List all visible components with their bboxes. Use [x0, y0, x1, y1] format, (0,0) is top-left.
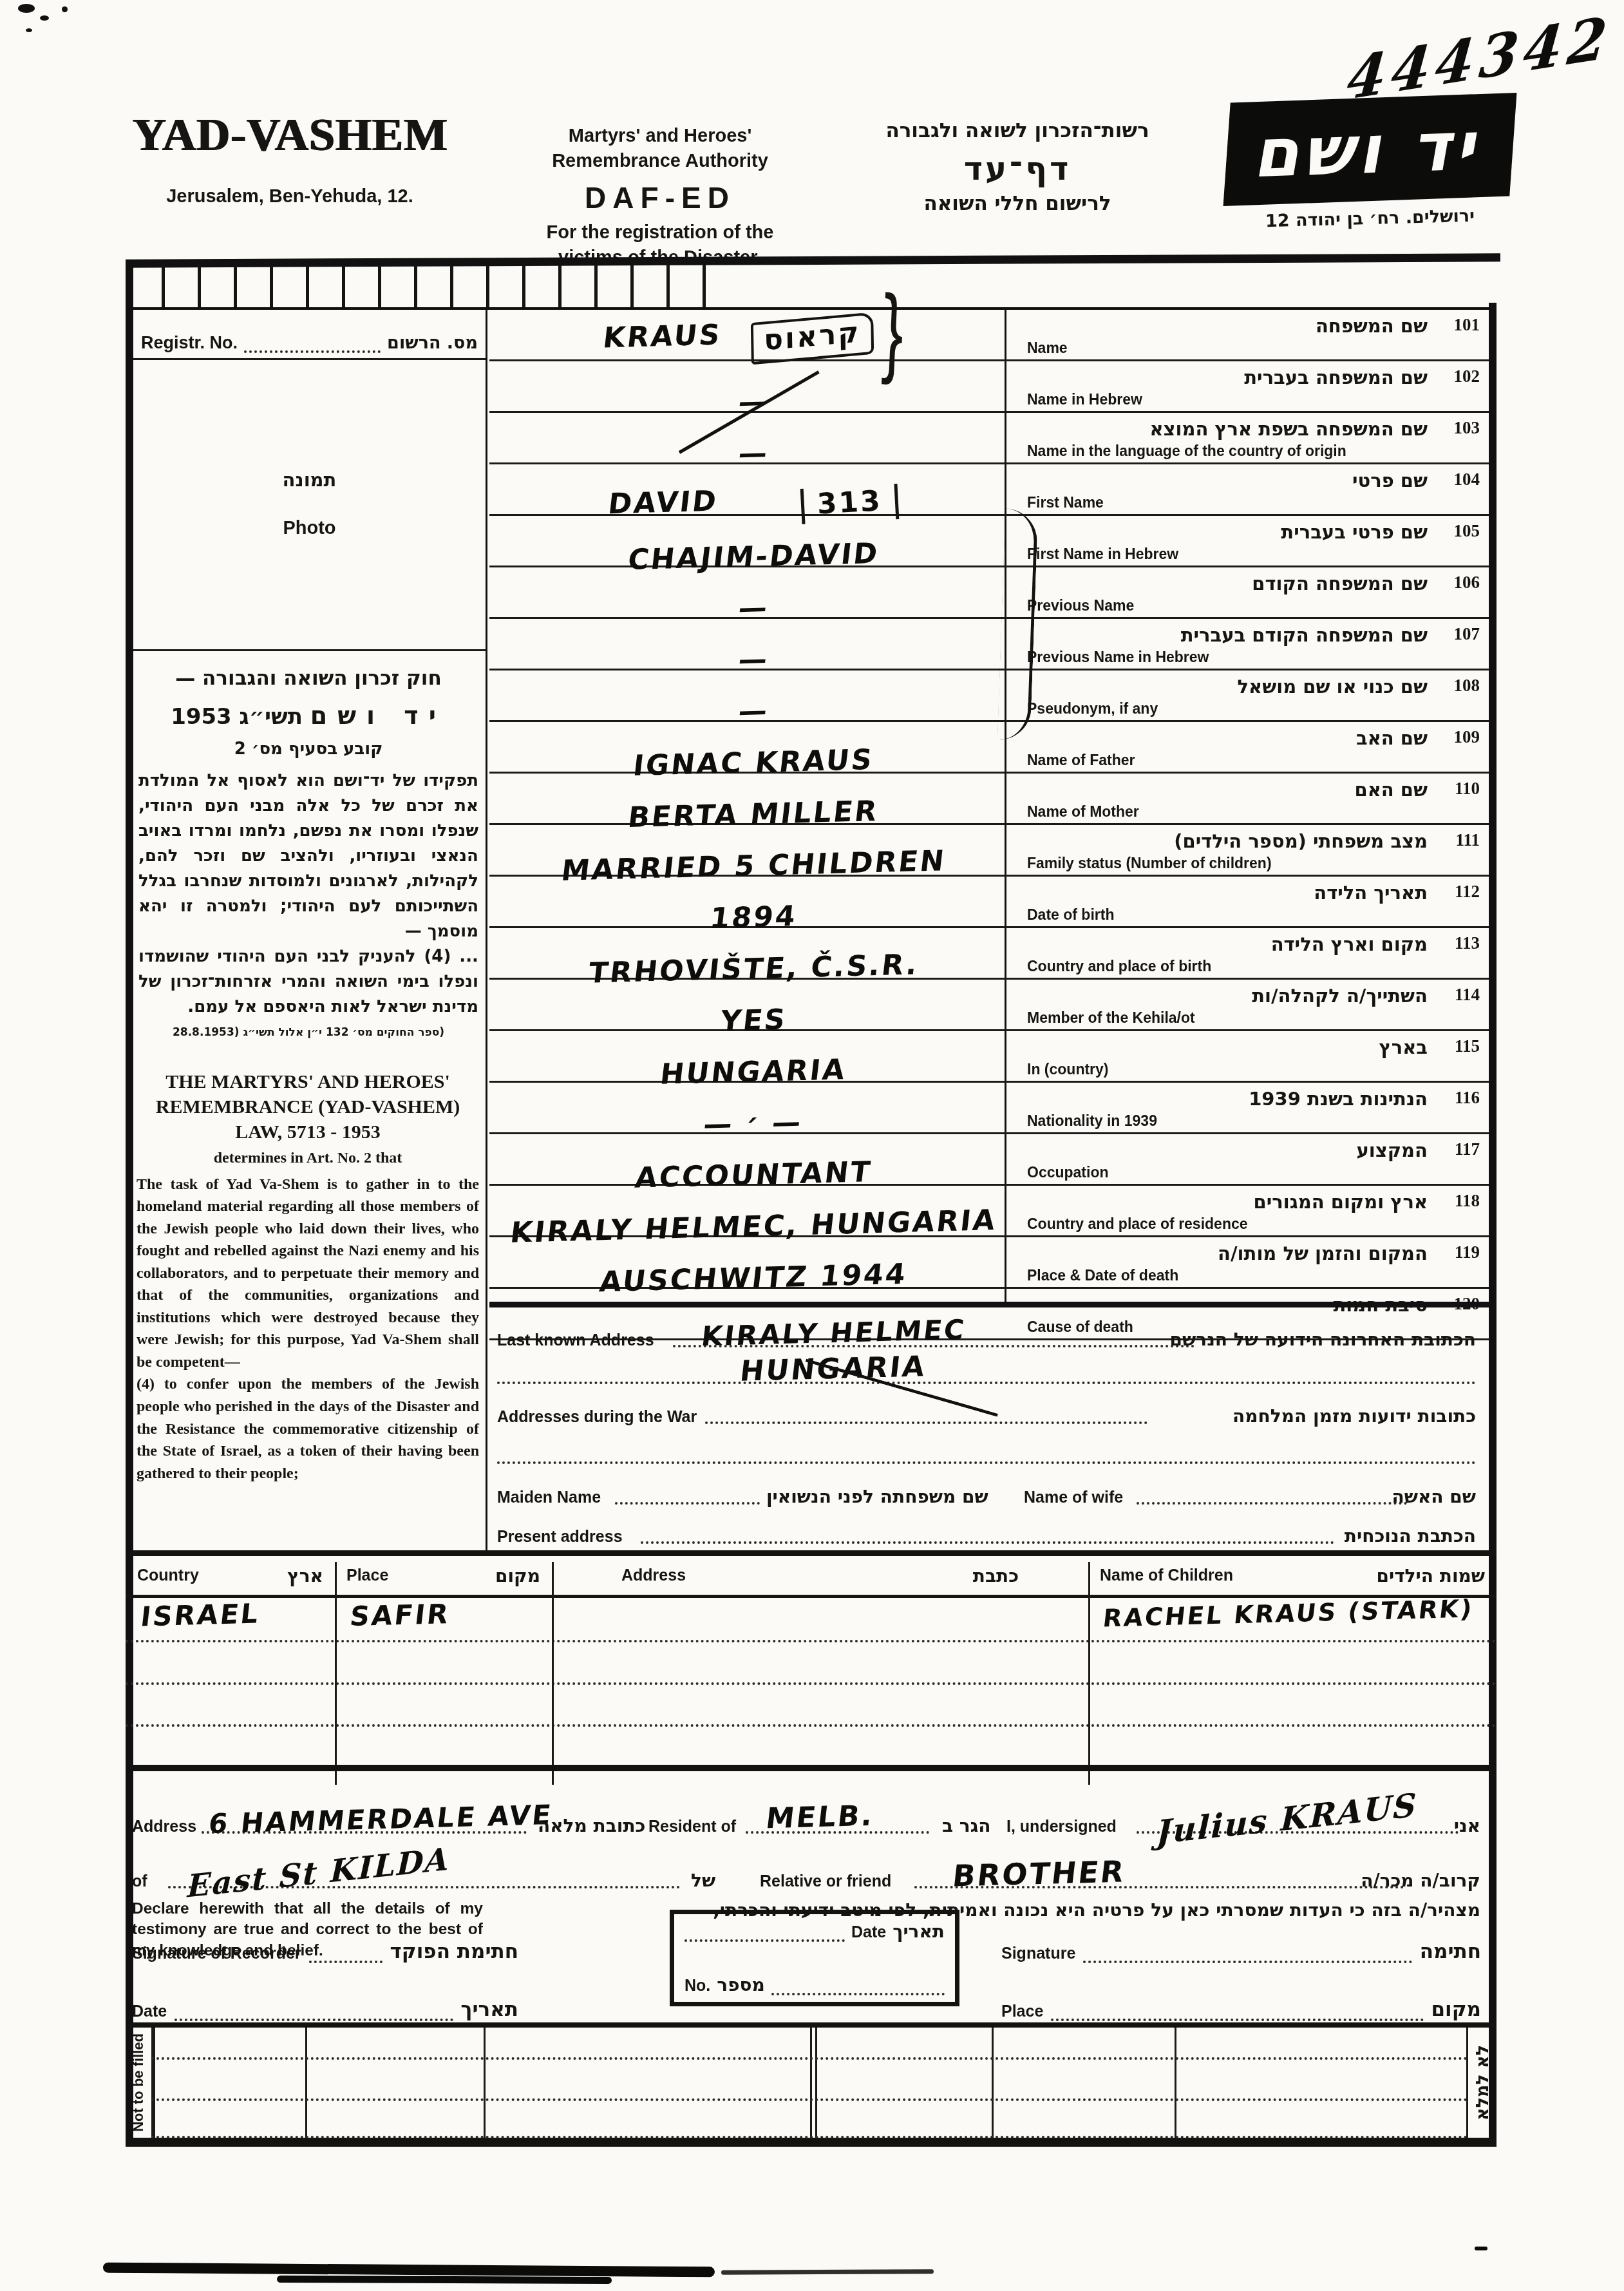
war-addresses-label: Addresses during the War	[497, 1408, 697, 1427]
last-known-address-row: Last known Address KIRALY HELMEC הכתובת …	[489, 1314, 1489, 1351]
field-row-109: IGNAC KRAUSשם האב109Name of Father	[489, 722, 1489, 774]
field-label-hebrew: שם המשפחה	[1316, 315, 1428, 337]
law-body-hebrew: תפקידו של יד־ושם הוא לאסוף אל המולדת את …	[138, 768, 478, 944]
grid-cell[interactable]	[153, 2028, 305, 2138]
signature-of-recorder-line[interactable]	[309, 1945, 382, 1963]
scan-speck	[18, 4, 35, 13]
children-cell-children[interactable]: RACHEL KRAUS (STARK)	[1088, 1598, 1497, 1640]
field-label-english: First Name in Hebrew	[1027, 546, 1178, 562]
grid-double-line	[815, 2028, 817, 2138]
present-address-row: Present address הכתבת הנוכחית	[489, 1517, 1489, 1548]
grid-dotted-row	[151, 2057, 1468, 2060]
field-number: 118	[1455, 1191, 1480, 1211]
field-number: 101	[1454, 315, 1480, 335]
field-label-english: Occupation	[1027, 1165, 1109, 1180]
field-number: 108	[1454, 676, 1480, 696]
photo-box: תמונה Photo	[133, 358, 486, 651]
photo-label: Photo	[283, 518, 335, 539]
field-label-hebrew: שם כנוי או שם מושאל	[1238, 676, 1428, 698]
signature-line[interactable]	[1083, 1945, 1412, 1963]
logo-black-box: יד ושם	[1223, 93, 1517, 206]
box-date-label: Date	[851, 1923, 886, 1942]
grid-cell[interactable]	[1175, 2028, 1466, 2138]
field-number: 106	[1454, 573, 1480, 593]
field-row-113: TRHOVIŠTE, Č.S.R.מקום וארץ הלידה113Count…	[489, 928, 1489, 980]
field-label-hebrew: שם פרטי	[1352, 470, 1428, 491]
field-number: 102	[1454, 366, 1480, 386]
logo-hebrew-text: יד ושם	[1250, 106, 1489, 193]
field-row-108: —שם כנוי או שם מושאל108Pseudonym, if any	[489, 670, 1489, 722]
name-of-wife-line[interactable]	[1137, 1502, 1407, 1505]
header-country: Country ארץ	[126, 1565, 335, 1586]
field-label-hebrew: שם פרטי בעברית	[1281, 521, 1428, 543]
field-label-hebrew: המקום והזמן של מותו/ה	[1218, 1242, 1428, 1264]
field-label-english: Name	[1027, 340, 1068, 356]
column-line	[1088, 1562, 1090, 1785]
registr-no-label: Registr. No.	[141, 333, 238, 353]
children-table-row	[126, 1685, 1497, 1727]
fields-rows: KRAUSקראוס}שם המשפחה101Name—שם המשפחה בע…	[489, 310, 1489, 1340]
children-table: Country ארץ Place מקום Address כתבת Name…	[126, 1550, 1497, 1785]
field-label-english: In (country)	[1027, 1061, 1109, 1077]
last-known-address-row2: HUNGARIA	[489, 1351, 1489, 1387]
children-cell-value: SAFIR	[348, 1598, 452, 1632]
maiden-name-label-hebrew: שם משפחתה לפני הנשואין	[766, 1486, 988, 1507]
signature-of-recorder-label-hebrew: חתימת הפוקד	[390, 1940, 518, 1963]
scan-speck	[26, 28, 32, 32]
law-item-hebrew: ... (4) להעניק לבני העם היהודי שהושמדו ו…	[138, 944, 478, 1020]
header-address: Address כתבת	[552, 1565, 1088, 1586]
undersigned-label-hebrew: אני	[1454, 1815, 1480, 1836]
of-value: East St KILDA	[187, 1841, 451, 1905]
children-cell-country[interactable]	[126, 1727, 335, 1767]
field-label-english: Nationality in 1939	[1027, 1113, 1157, 1128]
war-addresses-label-hebrew: כתובות ידועות מזמן המלחמה	[1232, 1405, 1476, 1427]
field-label-english: Name in Hebrew	[1027, 392, 1142, 407]
field-label-english: Date of birth	[1027, 907, 1114, 922]
hebrew-header-line: רשות־הזכרון לשואה ולגבורה	[850, 117, 1185, 145]
field-label-hebrew: המקצוע	[1357, 1139, 1428, 1161]
signature-of-recorder-row: Signature of Recorder חתימת הפוקד	[132, 1940, 518, 1963]
children-cell-place[interactable]: SAFIR	[335, 1598, 552, 1640]
last-known-address-label: Last known Address	[497, 1331, 654, 1350]
field-label-english: Name in the language of the country of o…	[1027, 443, 1346, 459]
field-row-105: CHAJIM-DAVIDשם פרטי בעברית105First Name …	[489, 516, 1489, 567]
field-label-english: Previous Name	[1027, 598, 1134, 613]
children-cell-country[interactable]: ISRAEL	[126, 1598, 335, 1640]
field-label-hebrew: שם האב	[1356, 727, 1428, 749]
field-label-hebrew: מצב משפחתי (מספר הילדים)	[1174, 830, 1428, 852]
field-number: 104	[1454, 470, 1480, 490]
field-label-english: Previous Name in Hebrew	[1027, 649, 1209, 665]
field-label-english: Family status (Number of children)	[1027, 855, 1272, 871]
field-number: 115	[1455, 1036, 1480, 1056]
photo-label-hebrew: תמונה	[283, 469, 337, 491]
undersigned-label: I, undersigned	[1006, 1818, 1117, 1836]
declaration-section: Address 6 HAMMERDALE AVE כתובת מלאה Resi…	[126, 1765, 1497, 2029]
field-row-107: —שם המשפחה הקודם בעברית107Previous Name …	[489, 619, 1489, 670]
relative-or-friend-label-hebrew: קרוב/ה מכר/ה	[1361, 1870, 1480, 1891]
children-cell-value: ISRAEL	[139, 1598, 261, 1633]
place-label: Place	[1001, 2002, 1043, 2021]
scan-smudge	[103, 2263, 715, 2277]
children-cell-country[interactable]	[126, 1685, 335, 1724]
war-addresses-row2	[489, 1433, 1489, 1467]
field-label-hebrew: מקום וארץ הלידה	[1271, 933, 1428, 955]
authority-line: Remembrance Authority	[512, 149, 808, 174]
children-table-row	[126, 1642, 1497, 1685]
date-row: Date תאריך	[132, 1998, 518, 2021]
field-label-hebrew: השתייך/ה לקהלה/ות	[1252, 985, 1428, 1007]
law-subtitle-english: determines in Art. No. 2 that	[137, 1147, 479, 1170]
place-line[interactable]	[1051, 2003, 1423, 2021]
column-line	[335, 1562, 337, 1785]
field-row-116: — ׳ —הנתינות בשנת 1939116Nationality in …	[489, 1083, 1489, 1134]
box-no-label-hebrew: מספר	[717, 1974, 765, 1995]
undersigned-signature: Julius KRAUS	[1156, 1785, 1418, 1851]
resident-of-label-hebrew: הגר ב	[942, 1815, 990, 1836]
law-subtitle-hebrew: קובע בסעיף מס׳ 2	[138, 737, 478, 762]
law-title2-hebrew: יד ושם תשי״ג 1953	[138, 698, 478, 734]
authority-line: Martyrs' and Heroes'	[512, 124, 808, 149]
not-to-be-filled-label-hebrew: לא למלא	[1466, 2028, 1497, 2138]
brand-title: YAD-VASHEM	[97, 108, 483, 162]
field-row-117: ACCOUNTANTהמקצוע117Occupation	[489, 1134, 1489, 1186]
children-cell-place[interactable]	[335, 1685, 552, 1724]
field-number: 119	[1455, 1242, 1480, 1262]
field-row-110: BERTA MILLERשם האם110Name of Mother	[489, 774, 1489, 825]
field-number: 110	[1455, 779, 1480, 799]
box-date-line[interactable]	[685, 1925, 845, 1942]
not-to-be-filled-label: Not to be filled	[126, 2028, 153, 2138]
grid-cell[interactable]	[305, 2028, 484, 2138]
logo-address: ירושלים. רח׳ בן יהודה 12	[1227, 205, 1514, 233]
field-number: 105	[1454, 521, 1480, 541]
children-table-row: ISRAELSAFIRRACHEL KRAUS (STARK)	[126, 1598, 1497, 1642]
brand-block: YAD-VASHEM Jerusalem, Ben-Yehuda, 12.	[97, 108, 483, 207]
field-number: 117	[1455, 1139, 1480, 1159]
signature-row: Signature חתימה	[1001, 1940, 1481, 1963]
box-no-label: No.	[685, 1977, 710, 1995]
children-cell-place[interactable]	[335, 1642, 552, 1682]
children-cell-children[interactable]	[1088, 1685, 1497, 1724]
address-section-top-rule	[489, 1302, 1489, 1307]
date-label-hebrew: תאריך	[461, 1998, 518, 2021]
address-line[interactable]	[497, 1382, 1476, 1384]
children-cell-address[interactable]	[552, 1642, 1088, 1682]
children-cell-address[interactable]	[552, 1685, 1088, 1724]
column-line	[552, 1562, 554, 1785]
children-cell-value: RACHEL KRAUS (STARK)	[1102, 1595, 1475, 1633]
grid-cell[interactable]	[484, 2028, 810, 2138]
law-title-english: THE MARTYRS' AND HEROES' REMEMBRANCE (YA…	[137, 1069, 479, 1145]
registration-number-row: Registr. No. מס. הרשום	[133, 310, 486, 360]
daf-ed-title: DAF-ED	[512, 180, 808, 215]
hebrew-header-block: רשות־הזכרון לשואה ולגבורה דף־עד לרישום ח…	[850, 117, 1185, 218]
field-number: 113	[1455, 933, 1480, 953]
brand-address: Jerusalem, Ben-Yehuda, 12.	[97, 186, 483, 207]
present-address-label: Present address	[497, 1528, 623, 1546]
field-label-hebrew: ארץ ומקום המגורים	[1254, 1191, 1428, 1213]
law-item-english: (4) to confer upon the members of the Je…	[137, 1373, 479, 1485]
english-law-text: THE MARTYRS' AND HEROES' REMEMBRANCE (YA…	[137, 1069, 479, 1485]
box-date-row: Date תאריך	[685, 1921, 945, 1942]
signature-of-recorder-label: Signature of Recorder	[132, 1944, 301, 1963]
children-table-body: ISRAELSAFIRRACHEL KRAUS (STARK)	[126, 1598, 1497, 1769]
place-row: Place מקום	[1001, 1998, 1481, 2021]
field-row-111: MARRIED 5 CHILDRENמצב משפחתי (מספר הילדי…	[489, 825, 1489, 877]
field-number: 114	[1455, 985, 1480, 1005]
address-label: Address	[132, 1818, 196, 1836]
grid-dotted-row	[151, 2136, 1468, 2138]
field-number: 109	[1454, 727, 1480, 747]
field-label-hebrew: שם המשפחה בעברית	[1244, 366, 1428, 388]
field-number: 103	[1454, 418, 1480, 438]
field-label-hebrew: שם המשפחה הקודם בעברית	[1181, 624, 1428, 646]
date-number-box: Date תאריך No. מספר	[670, 1910, 959, 2006]
box-date-label-hebrew: תאריך	[892, 1921, 945, 1942]
present-address-line[interactable]	[641, 1541, 1334, 1544]
address-line[interactable]	[497, 1461, 1476, 1464]
field-label-hebrew: שם האם	[1354, 779, 1428, 801]
place-label-hebrew: מקום	[1431, 1998, 1482, 2021]
children-cell-country[interactable]	[126, 1642, 335, 1682]
scan-speck	[40, 15, 49, 21]
maiden-name-row: Maiden Name שם משפחתה לפני הנשואין Name …	[489, 1475, 1489, 1508]
field-label-english: Member of the Kehila/ot	[1027, 1010, 1195, 1025]
resident-of-label: Resident of	[648, 1818, 736, 1836]
law-body-english: The task of Yad Va-Shem is to gather in …	[137, 1174, 479, 1374]
field-row-103: —שם המשפחה בשפת ארץ המוצא103Name in the …	[489, 413, 1489, 464]
field-row-112: 1894תאריך הלידה112Date of birth	[489, 877, 1489, 928]
field-label-english: Name of Father	[1027, 752, 1135, 768]
daf-ed-testimony-form: 444342 YAD-VASHEM Jerusalem, Ben-Yehuda,…	[0, 0, 1624, 2291]
date-label: Date	[132, 2002, 167, 2021]
name-of-wife-label: Name of wife	[1024, 1488, 1123, 1507]
field-label-hebrew: תאריך הלידה	[1314, 882, 1428, 904]
field-row-104: DAVID313שם פרטי104First Name	[489, 464, 1489, 516]
name-of-wife-label-hebrew: שם האשה	[1392, 1486, 1476, 1507]
field-label-english: Country and place of residence	[1027, 1216, 1248, 1231]
field-label-hebrew: בארץ	[1379, 1036, 1428, 1058]
children-cell-place[interactable]	[335, 1727, 552, 1767]
field-number: 111	[1455, 830, 1480, 850]
last-known-address-label-hebrew: הכתובת האחרונה הידועה של הנרשם	[1170, 1329, 1476, 1350]
header-children: Name of Children שמות הילדים	[1088, 1565, 1497, 1586]
authority-line: For the registration of the	[512, 220, 808, 245]
scan-smudge	[721, 2269, 934, 2275]
scan-speck	[62, 6, 68, 12]
signature-label-hebrew: חתימה	[1420, 1940, 1481, 1963]
hebrew-header-line: לרישום חללי השואה	[850, 190, 1185, 218]
children-cell-address[interactable]	[552, 1727, 1088, 1767]
field-row-101: KRAUSקראוס}שם המשפחה101Name	[489, 310, 1489, 361]
field-number: 107	[1454, 624, 1480, 644]
box-no-row: No. מספר	[685, 1974, 945, 1995]
registr-no-label-hebrew: מס. הרשום	[387, 333, 478, 353]
field-row-115: HUNGARIAבארץ115In (country)	[489, 1031, 1489, 1083]
hebrew-daf-ed-title: דף־עד	[850, 150, 1185, 187]
grid-cell[interactable]	[992, 2028, 1175, 2138]
declaration-statement-hebrew: מצהיר/ה בזה כי העדות שמסרתי כאן על פרטיה…	[512, 1897, 1480, 1923]
registr-no-line[interactable]	[244, 331, 381, 353]
children-cell-children[interactable]	[1088, 1642, 1497, 1682]
children-cell-children[interactable]	[1088, 1727, 1497, 1767]
field-label-english: First Name	[1027, 495, 1104, 510]
maiden-name-label: Maiden Name	[497, 1488, 601, 1507]
children-cell-address[interactable]	[552, 1598, 1088, 1640]
field-label-hebrew: שם המשפחה הקודם	[1252, 573, 1428, 594]
relative-or-friend-value: BROTHER	[950, 1854, 1127, 1894]
address-label-hebrew: כתובת מלאה	[538, 1815, 645, 1836]
field-entry-value: KRAUSקראוס}	[502, 296, 1005, 367]
field-label-english: Name of Mother	[1027, 804, 1139, 819]
authority-block: Martyrs' and Heroes' Remembrance Authori…	[512, 124, 808, 271]
children-table-header: Country ארץ Place מקום Address כתבת Name…	[126, 1556, 1497, 1598]
hebrew-law-text: חוק זכרון השואה והגבורה — יד ושם תשי״ג 1…	[138, 663, 478, 1041]
relative-or-friend-label: Relative or friend	[760, 1872, 891, 1891]
children-table-row	[126, 1727, 1497, 1769]
field-number: 116	[1455, 1088, 1480, 1108]
field-row-114: YESהשתייך/ה לקהלה/ות114Member of the Keh…	[489, 980, 1489, 1031]
field-row-102: —שם המשפחה בעברית102Name in Hebrew	[489, 361, 1489, 413]
field-row-119: AUSCHWITZ 1944המקום והזמן של מותו/ה119Pl…	[489, 1237, 1489, 1289]
of-label: of	[132, 1872, 147, 1891]
date-line[interactable]	[175, 2003, 453, 2021]
of-label-hebrew: של	[691, 1870, 715, 1891]
field-label-english: Pseudonym, if any	[1027, 701, 1158, 716]
law-title-hebrew: חוק זכרון השואה והגבורה —	[138, 663, 478, 694]
present-address-label-hebrew: הכתבת הנוכחית	[1345, 1525, 1476, 1546]
declaration-line1: Address 6 HAMMERDALE AVE כתובת מלאה Resi…	[126, 1787, 1497, 1839]
grid-cell[interactable]	[810, 2028, 992, 2138]
yad-vashem-logo: יד ושם ירושלים. רח׳ בן יהודה 12	[1227, 98, 1513, 229]
field-label-english: Place & Date of death	[1027, 1268, 1178, 1283]
field-number: 112	[1455, 882, 1480, 902]
scan-smudge	[277, 2276, 612, 2284]
field-row-118: KIRALY HELMEC, HUNGARIAארץ ומקום המגורים…	[489, 1186, 1489, 1237]
field-annotation: קראוס	[751, 312, 874, 365]
scan-smudge	[1475, 2247, 1487, 2250]
field-label-english: Country and place of birth	[1027, 958, 1211, 974]
declaration-line2: of East St KILDA של Relative or friend B…	[126, 1845, 1497, 1894]
left-column-divider	[486, 310, 487, 1550]
signature-label: Signature	[1001, 1944, 1075, 1963]
grid-dotted-row	[151, 2098, 1468, 2101]
field-row-106: —שם המשפחה הקודם106Previous Name	[489, 567, 1489, 619]
resident-of-value: MELB.	[764, 1800, 876, 1835]
field-label-hebrew: שם המשפחה בשפת ארץ המוצא	[1149, 418, 1428, 440]
office-use-grid: Not to be filled לא למלא	[126, 2022, 1497, 2147]
box-no-line[interactable]	[771, 1979, 945, 1995]
field-label-hebrew: הנתינות בשנת 1939	[1249, 1088, 1428, 1110]
header-place: Place מקום	[335, 1565, 552, 1586]
law-source-hebrew: (ספר החוקים מס׳ 132 י״ן אלול תשי״ג (28.8…	[138, 1025, 478, 1041]
maiden-name-line[interactable]	[615, 1502, 760, 1505]
